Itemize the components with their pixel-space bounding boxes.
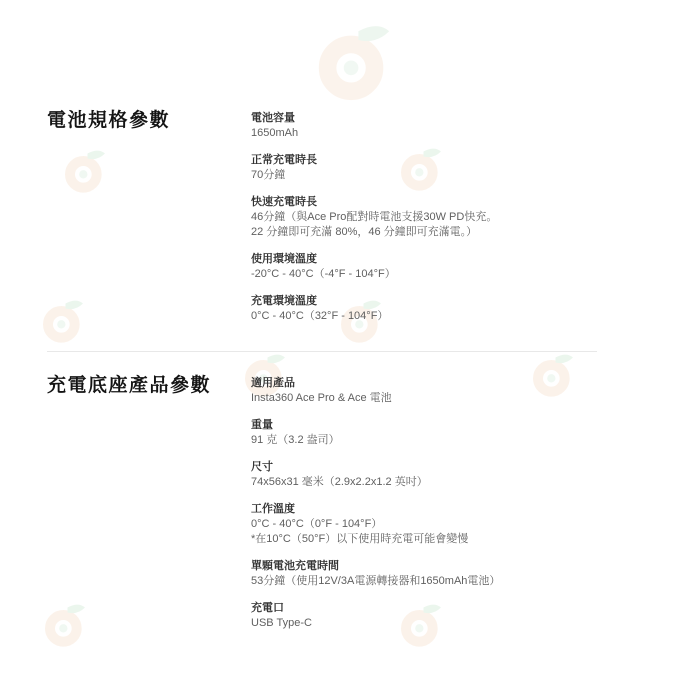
- field-label: 使用環境溫度: [251, 252, 659, 267]
- field-value: 1650mAh: [251, 126, 659, 141]
- field-label: 重量: [251, 418, 659, 433]
- field-label: 充電口: [251, 601, 659, 616]
- battery-spec-fields: 電池容量 1650mAh 正常充電時長 70分鐘 快速充電時長 46分鐘（與Ac…: [251, 110, 659, 336]
- section-divider: [47, 351, 597, 352]
- spec-field-charging-port: 充電口 USB Type-C: [251, 601, 659, 631]
- spec-field-fast-charge-time: 快速充電時長 46分鐘（與Ace Pro配對時電池支援30W PD快充。 22 …: [251, 195, 659, 240]
- spec-field-working-temp: 工作溫度 0°C - 40°C（0°F - 104°F） *在10°C（50°F…: [251, 502, 659, 547]
- field-label: 充電環境溫度: [251, 294, 659, 309]
- spec-field-operating-env-temp: 使用環境溫度 -20°C - 40°C（-4°F - 104°F）: [251, 252, 659, 282]
- watermark-logo-icon: [310, 18, 398, 106]
- spec-field-weight: 重量 91 克（3.2 盎司）: [251, 418, 659, 448]
- spec-field-dimensions: 尺寸 74x56x31 毫米（2.9x2.2x1.2 英吋）: [251, 460, 659, 490]
- field-label: 單顆電池充電時間: [251, 559, 659, 574]
- field-label: 工作溫度: [251, 502, 659, 517]
- field-label: 尺寸: [251, 460, 659, 475]
- spec-field-battery-capacity: 電池容量 1650mAh: [251, 111, 659, 141]
- section-heading-column: 電池規格參數: [47, 110, 251, 132]
- section-charging-dock-specs: 充電底座產品參數 適用產品 Insta360 Ace Pro & Ace 電池 …: [47, 375, 659, 643]
- field-value-line: 22 分鐘即可充滿 80%，46 分鐘即可充滿電。）: [251, 225, 659, 240]
- field-value: Insta360 Ace Pro & Ace 電池: [251, 391, 659, 406]
- section-title-charging-dock: 充電底座產品參數: [47, 375, 251, 397]
- section-title-battery-specs: 電池規格參數: [47, 110, 251, 132]
- spec-field-normal-charge-time: 正常充電時長 70分鐘: [251, 153, 659, 183]
- field-value: 74x56x31 毫米（2.9x2.2x1.2 英吋）: [251, 475, 659, 490]
- field-label: 正常充電時長: [251, 153, 659, 168]
- field-value: -20°C - 40°C（-4°F - 104°F）: [251, 267, 659, 282]
- field-label: 快速充電時長: [251, 195, 659, 210]
- field-label: 電池容量: [251, 111, 659, 126]
- field-value: USB Type-C: [251, 616, 659, 631]
- field-value: 53分鐘（使用12V/3A電源轉接器和1650mAh電池）: [251, 574, 659, 589]
- dock-spec-fields: 適用產品 Insta360 Ace Pro & Ace 電池 重量 91 克（3…: [251, 375, 659, 643]
- spec-page: 電池規格參數 電池容量 1650mAh 正常充電時長 70分鐘 快速充電時長 4…: [0, 0, 700, 700]
- field-value-line: 0°C - 40°C（0°F - 104°F）: [251, 517, 659, 532]
- field-label: 適用產品: [251, 376, 659, 391]
- spec-field-compatible-products: 適用產品 Insta360 Ace Pro & Ace 電池: [251, 376, 659, 406]
- field-value: 70分鐘: [251, 168, 659, 183]
- field-value: 91 克（3.2 盎司）: [251, 433, 659, 448]
- section-battery-specs: 電池規格參數 電池容量 1650mAh 正常充電時長 70分鐘 快速充電時長 4…: [47, 110, 659, 336]
- field-value-line: 46分鐘（與Ace Pro配對時電池支援30W PD快充。: [251, 210, 659, 225]
- spec-content: 電池規格參數 電池容量 1650mAh 正常充電時長 70分鐘 快速充電時長 4…: [47, 110, 659, 643]
- section-heading-column: 充電底座產品參數: [47, 375, 251, 397]
- spec-field-charging-env-temp: 充電環境溫度 0°C - 40°C（32°F - 104°F）: [251, 294, 659, 324]
- spec-field-single-battery-charge-time: 單顆電池充電時間 53分鐘（使用12V/3A電源轉接器和1650mAh電池）: [251, 559, 659, 589]
- field-value: 0°C - 40°C（32°F - 104°F）: [251, 309, 659, 324]
- field-value-footnote: *在10°C（50°F）以下使用時充電可能會變慢: [251, 532, 659, 547]
